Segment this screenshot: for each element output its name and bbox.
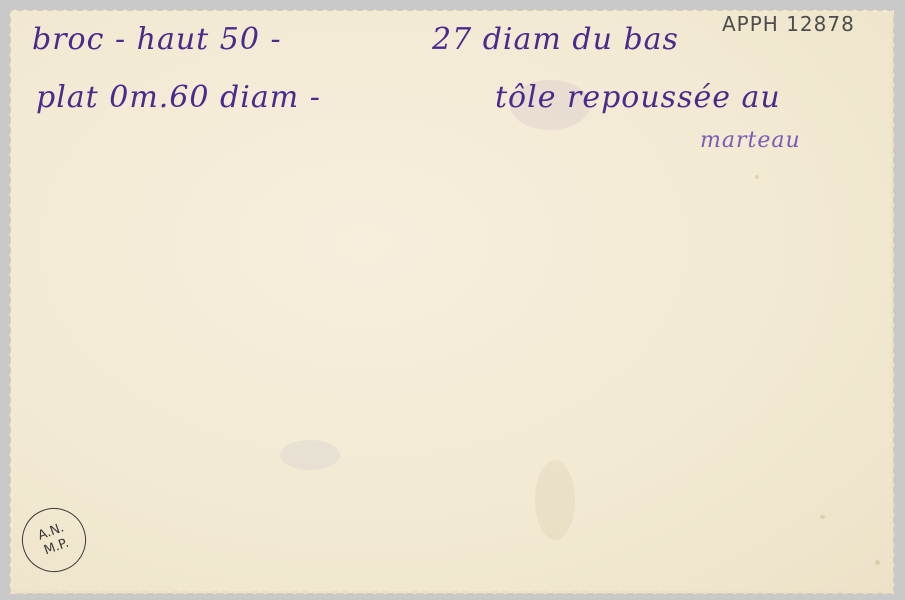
stain-spot (875, 560, 880, 565)
handwriting-line1-left: broc - haut 50 - (32, 22, 282, 57)
deckled-edge-right (891, 10, 897, 594)
inventory-number: APPH 12878 (722, 12, 855, 36)
deckled-edge-bottom (10, 591, 894, 597)
faint-mark (280, 440, 340, 470)
deckled-edge-left (7, 10, 13, 594)
document-card: broc - haut 50 - 27 diam du bas plat 0m.… (10, 10, 894, 594)
handwriting-line2-left: plat 0m.60 diam - (36, 80, 321, 115)
handwriting-line1-right: 27 diam du bas (432, 22, 679, 57)
handwriting-line2-right: tôle repoussée au (495, 80, 781, 115)
stain-spot (755, 175, 759, 179)
stain-spot (820, 515, 825, 519)
handwriting-line3: marteau (700, 128, 801, 153)
faint-stain (535, 460, 575, 540)
